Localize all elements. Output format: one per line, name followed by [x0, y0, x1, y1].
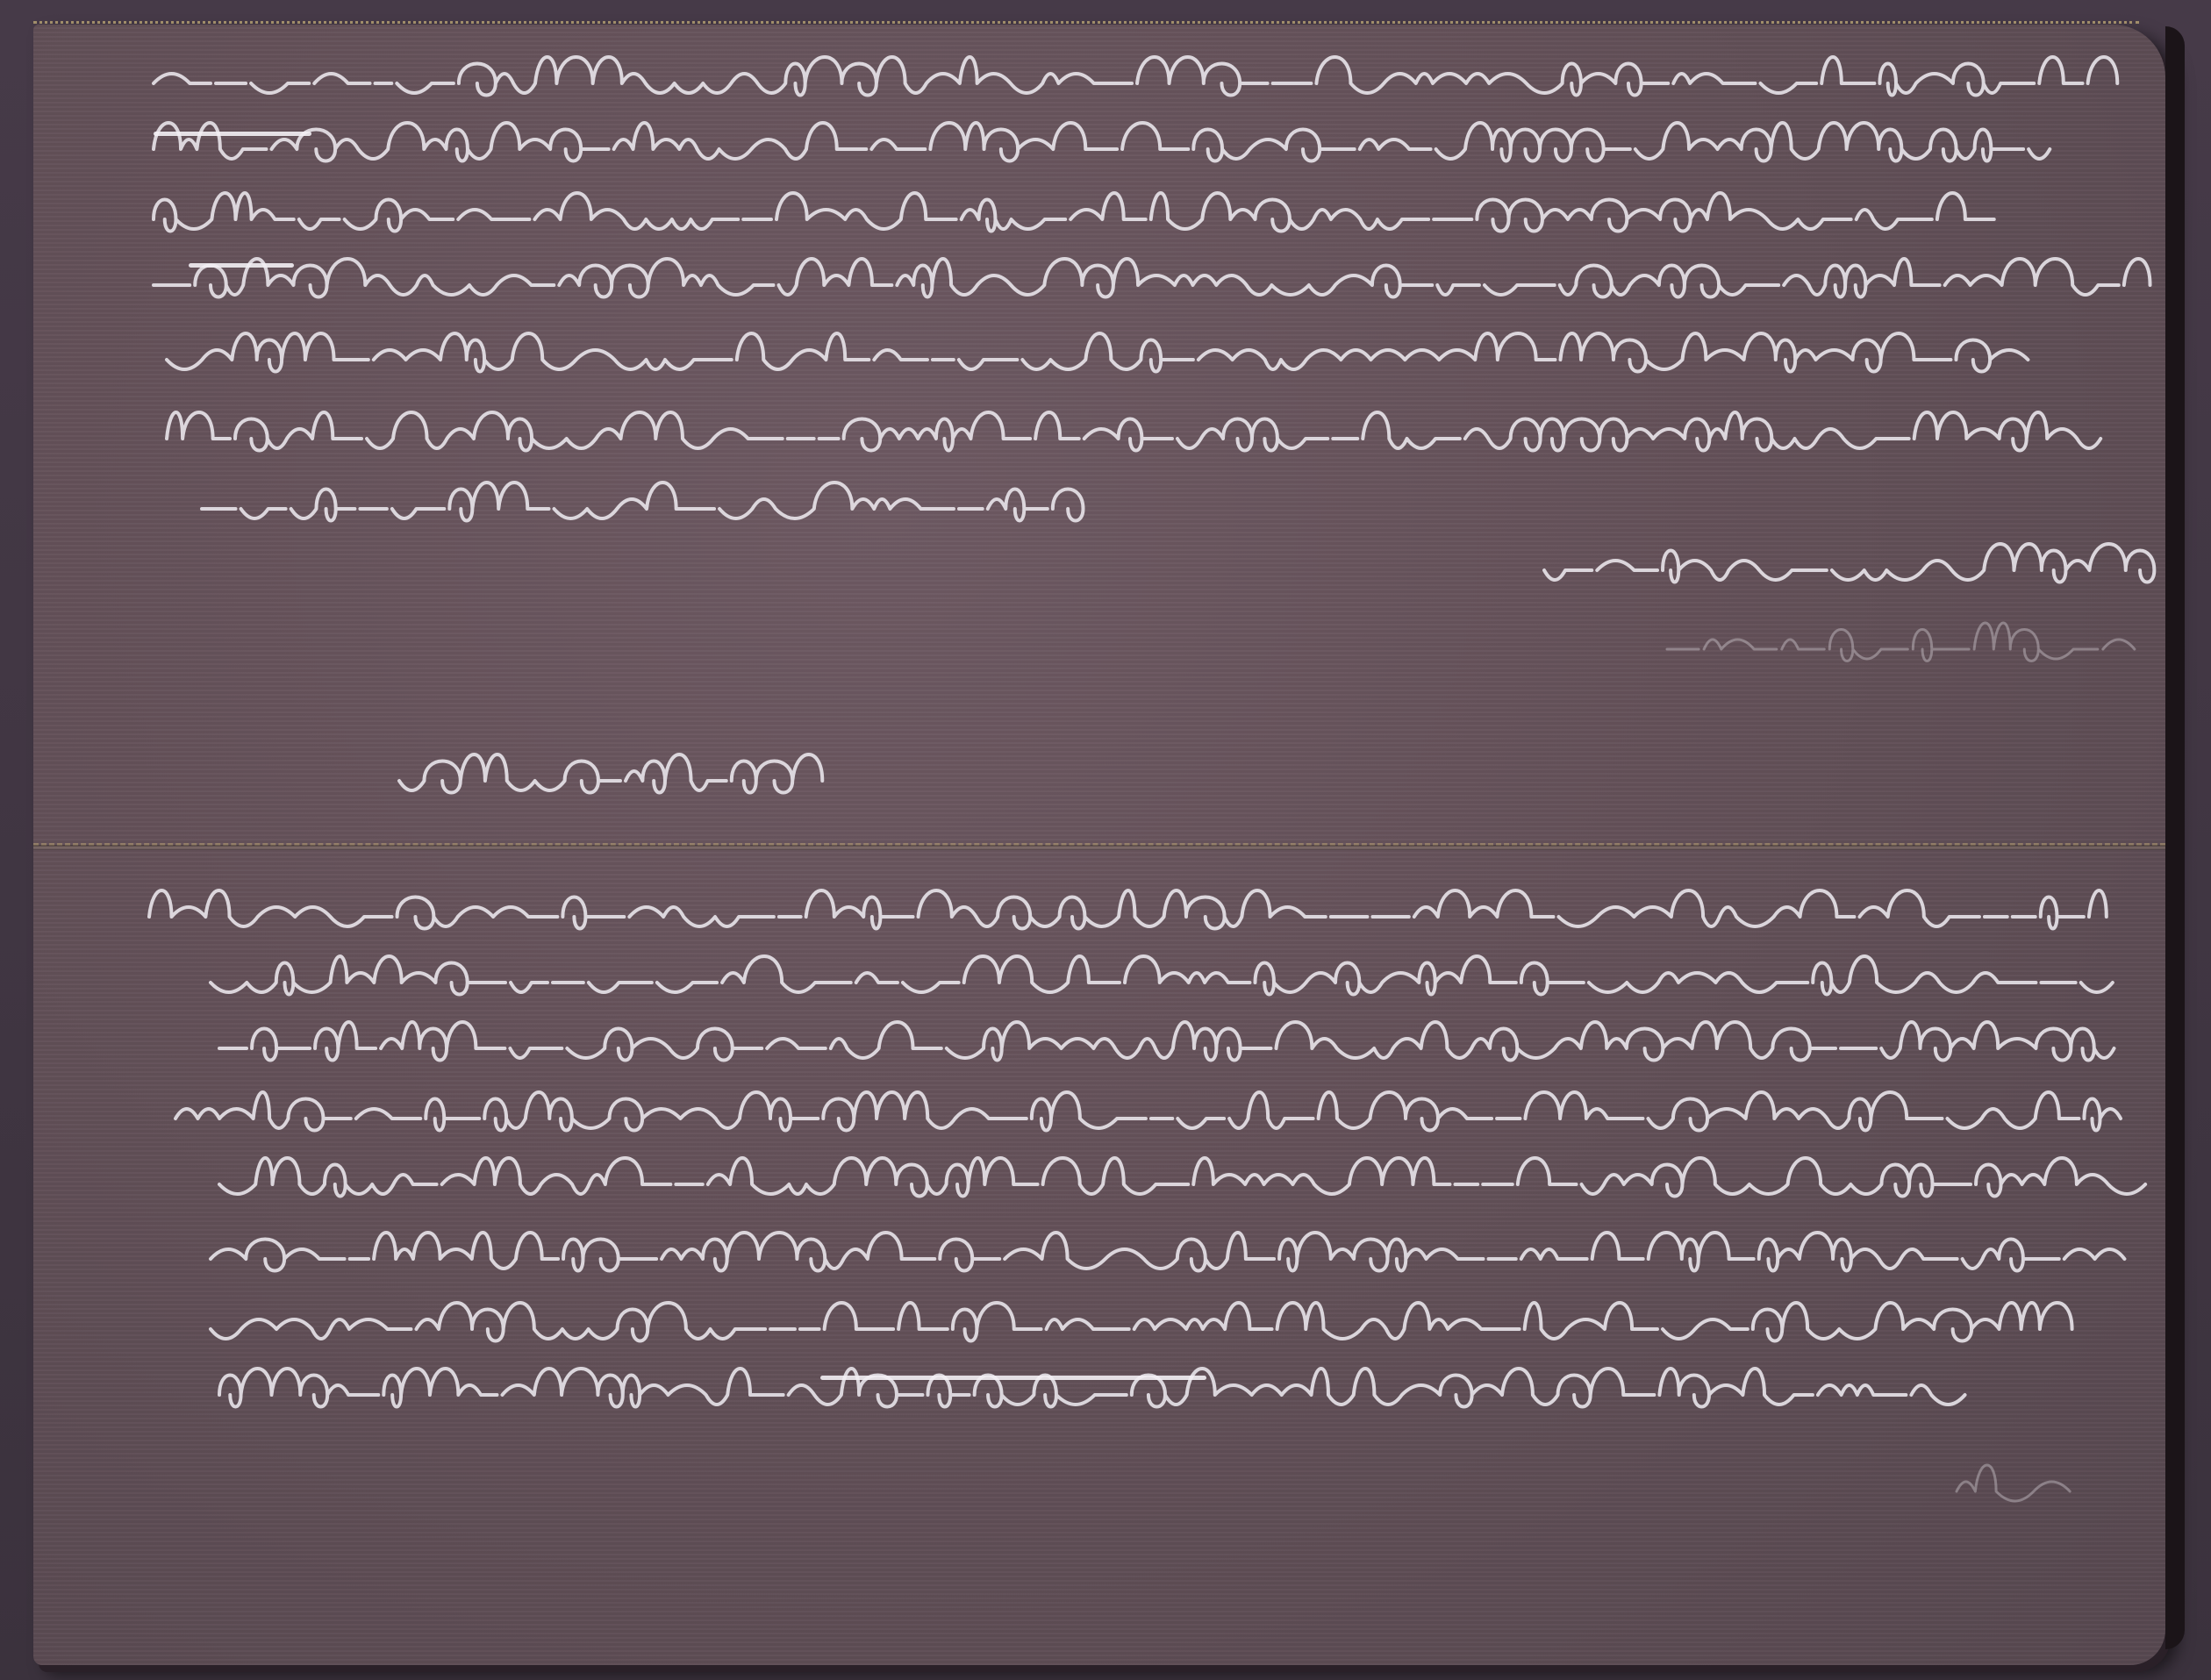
handwritten-line: [211, 947, 2132, 1009]
handwritten-line: [219, 1149, 2141, 1211]
fold-line: [33, 845, 2165, 850]
colophon-line: [1544, 535, 2158, 597]
handwritten-line: [167, 325, 2036, 386]
signature-mark: [1957, 1456, 2062, 1518]
frayed-top-edge: [33, 21, 2139, 32]
handwritten-line: [211, 1294, 2097, 1355]
strikethrough-mark: [154, 132, 311, 136]
handwritten-line: [202, 474, 1088, 535]
handwritten-line: [149, 882, 2132, 943]
handwritten-line: [211, 1224, 2141, 1285]
handwritten-line: [154, 184, 2005, 246]
strikethrough-mark: [189, 263, 294, 268]
handwritten-line: [154, 114, 2075, 175]
sheet-edge-shadow: [2165, 26, 2185, 1649]
handwritten-line: [154, 250, 2163, 311]
section-heading: [399, 746, 820, 807]
faint-marks: [1667, 614, 2158, 676]
handwritten-line: [219, 1360, 1974, 1421]
handwritten-line: [219, 1013, 2132, 1075]
handwritten-line: [167, 404, 2106, 465]
handwritten-line: [175, 1083, 2132, 1145]
strikethrough-mark: [820, 1376, 1206, 1380]
handwritten-line: [154, 48, 2136, 110]
